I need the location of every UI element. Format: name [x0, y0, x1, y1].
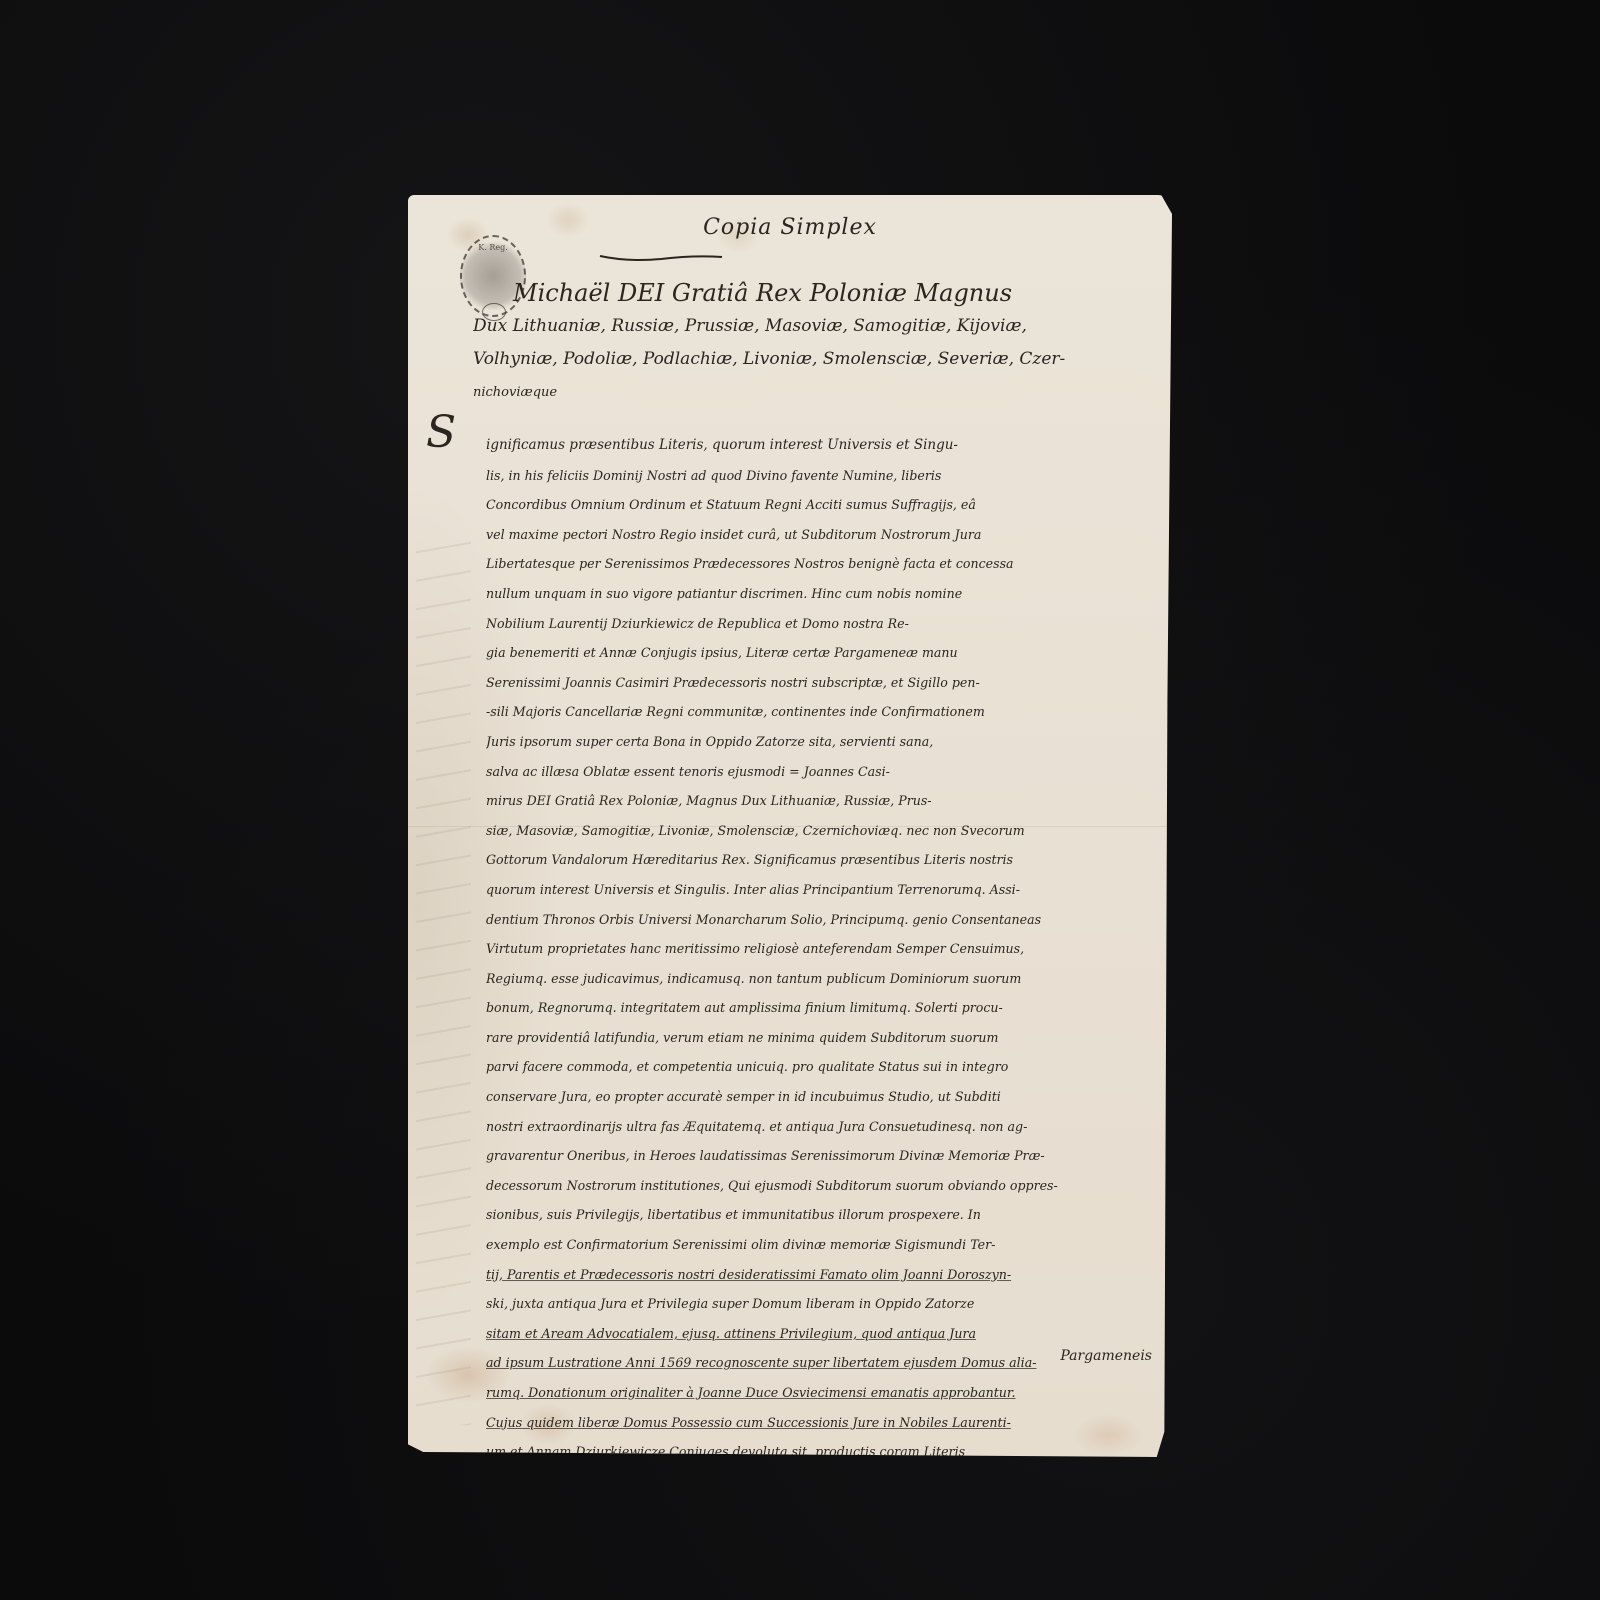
- body-line: exemplo est Confirmatorium Serenissimi o…: [486, 1230, 1154, 1260]
- body-line: nullum unquam in suo vigore patiantur di…: [486, 579, 1154, 609]
- body-line: Libertatesque per Serenissimos Prædecess…: [486, 549, 1154, 579]
- body-line: sionibus, suis Privilegijs, libertatibus…: [486, 1200, 1154, 1230]
- title-line: Dux Lithuaniæ, Russiæ, Prussiæ, Masoviæ,…: [473, 310, 1154, 343]
- body-line: gravarentur Oneribus, in Heroes laudatis…: [486, 1141, 1154, 1171]
- body-line: rare providentiâ latifundia, verum etiam…: [486, 1023, 1154, 1053]
- body-line: vel maxime pectori Nostro Regio insidet …: [486, 520, 1154, 550]
- body-line: tij, Parentis et Prædecessoris nostri de…: [486, 1260, 1154, 1290]
- body-line: lis, in his feliciis Dominij Nostri ad q…: [486, 461, 1154, 491]
- body-line: decessorum Nostrorum institutiones, Qui …: [486, 1171, 1154, 1201]
- decorative-initial: S: [426, 407, 456, 458]
- title-line: Michaël DEI Gratiâ Rex Poloniæ Magnus: [473, 277, 1154, 310]
- body-line: quorum interest Universis et Singulis. I…: [486, 875, 1154, 905]
- heading-flourish-icon: [598, 253, 724, 263]
- body-line: salva ac illæsa Oblatæ essent tenoris ej…: [486, 757, 1154, 787]
- body-line: Juris ipsorum super certa Bona in Oppido…: [486, 727, 1154, 757]
- body-line: mirus DEI Gratiâ Rex Poloniæ, Magnus Dux…: [486, 786, 1154, 816]
- ink-bleed-through: [416, 525, 471, 1425]
- body-line: gia benemeriti et Annæ Conjugis ipsius, …: [486, 638, 1154, 668]
- body-line: ad ipsum Lustratione Anni 1569 recognosc…: [486, 1348, 1154, 1378]
- body-line: conservare Jura, eo propter accuratè sem…: [486, 1082, 1154, 1112]
- body-line: bonum, Regnorumq. integritatem aut ampli…: [486, 993, 1154, 1023]
- document-body: ignificamus præsentibus Literis, quorum …: [486, 431, 1154, 1467]
- body-line: Concordibus Omnium Ordinum et Statuum Re…: [486, 490, 1154, 520]
- manuscript-page: K. Reg. Copia Simplex Michaël DEI Gratiâ…: [408, 195, 1172, 1457]
- body-line: Cujus quidem liberæ Domus Possessio cum …: [486, 1408, 1154, 1438]
- body-line: Gottorum Vandalorum Hæreditarius Rex. Si…: [486, 845, 1154, 875]
- stamp-label: K. Reg.: [462, 243, 524, 252]
- body-line: -sili Majoris Cancellariæ Regni communit…: [486, 697, 1154, 727]
- document-heading: Copia Simplex: [408, 215, 1172, 240]
- body-line: Regiumq. esse judicavimus, indicamusq. n…: [486, 964, 1154, 994]
- body-line: sitam et Aream Advocatialem, ejusq. atti…: [486, 1319, 1154, 1349]
- body-line: nostri extraordinarijs ultra fas Æquitat…: [486, 1112, 1154, 1142]
- body-line: ignificamus præsentibus Literis, quorum …: [486, 431, 1154, 461]
- title-line: Volhyniæ, Podoliæ, Podlachiæ, Livoniæ, S…: [473, 343, 1154, 376]
- body-line: Nobilium Laurentij Dziurkiewicz de Repub…: [486, 609, 1154, 639]
- title-line: nichoviæque: [473, 376, 1154, 409]
- body-line: siæ, Masoviæ, Samogitiæ, Livoniæ, Smolen…: [486, 816, 1154, 846]
- royal-title: Michaël DEI Gratiâ Rex Poloniæ Magnus Du…: [473, 277, 1154, 409]
- body-line: parvi facere commoda, et competentia uni…: [486, 1052, 1154, 1082]
- body-line: dentium Thronos Orbis Universi Monarchar…: [486, 905, 1154, 935]
- body-line: ski, juxta antiqua Jura et Privilegia su…: [486, 1289, 1154, 1319]
- body-line: Virtutum proprietates hanc meritissimo r…: [486, 934, 1154, 964]
- body-line: rumq. Donationum originaliter à Joanne D…: [486, 1378, 1154, 1408]
- closing-word: Pargameneis: [1060, 1348, 1152, 1364]
- body-line: Serenissimi Joannis Casimiri Prædecessor…: [486, 668, 1154, 698]
